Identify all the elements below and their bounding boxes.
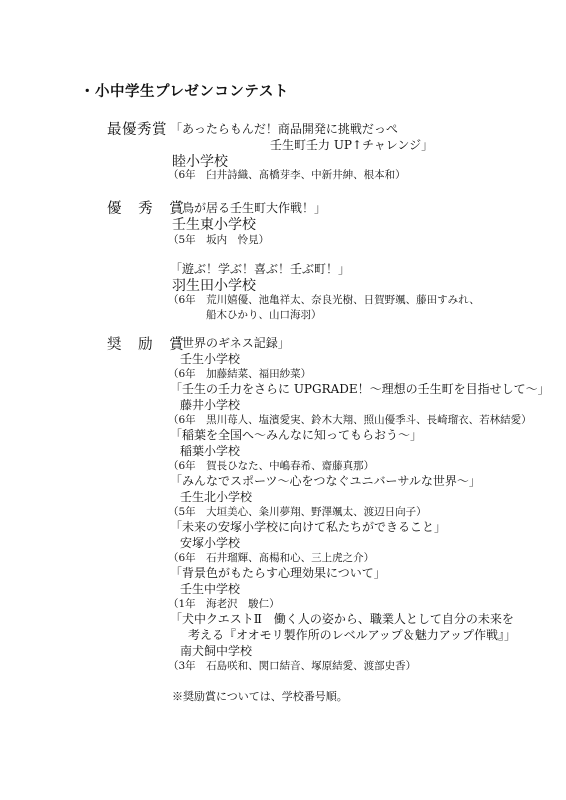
- grand-prize-label: 最優秀賞: [107, 118, 167, 139]
- encouragement-entry-6-title: 「背景色がもたらす心理効果について」: [170, 564, 386, 581]
- encouragement-entry-1-members: （6年 加藤結菜、福田紗菜）: [168, 366, 311, 381]
- encouragement-entry-2-school: 藤井小学校: [180, 396, 240, 413]
- encouragement-entry-5-school: 安塚小学校: [180, 534, 240, 551]
- encouragement-entry-4-school: 壬生北小学校: [180, 488, 252, 505]
- encouragement-entry-4-title: 「みんなでスポーツ～心をつなぐユニバーサルな世界～」: [170, 472, 481, 489]
- encouragement-entry-7-title-line-2: 考える『オオモリ製作所のレベルアップ＆魅力アップ作戦』」: [188, 626, 516, 643]
- encouragement-entry-3-school: 稲葉小学校: [180, 442, 240, 459]
- excellence-entry-1-members: （5年 坂内 怜見）: [168, 232, 269, 247]
- encouragement-entry-5-title: 「未来の安塚小学校に向けて私たちができること」: [170, 518, 446, 535]
- encouragement-entry-4-members: （5年 大垣美心、粂川夢翔、野澤颯太、渡辺日向子）: [168, 504, 427, 519]
- grand-prize-title-line-1: 「あったらもんだ！商品開発に挑戦だっぺ: [170, 120, 398, 137]
- footnote: ※奨励賞については、学校番号順。: [172, 688, 348, 704]
- encouragement-entry-7-members: （3年 石島咲和、関口結音、塚原結愛、渡部史香）: [168, 658, 416, 673]
- encouragement-entry-7-school: 南犬飼中学校: [180, 642, 252, 659]
- encouragement-entry-1-title: 「世界のギネス記録」: [170, 334, 290, 351]
- encouragement-entry-6-members: （1年 海老沢 駿仁）: [168, 596, 280, 611]
- encouragement-entry-5-members: （6年 石井瑠輝、髙楊和心、三上虎之介）: [168, 550, 374, 565]
- excellence-entry-2-members-line-2: 船木ひかり、山口海羽）: [206, 307, 322, 322]
- encouragement-entry-6-school: 壬生中学校: [180, 580, 240, 597]
- section-title: ・小中学生プレゼンコンテスト: [80, 80, 289, 101]
- grand-prize-title-line-2: 壬生町壬力 UP↑チャレンジ」: [270, 136, 433, 153]
- grand-prize-members: （6年 臼井詩織、髙橋芽李、中新井紳、根本和）: [168, 167, 406, 182]
- excellence-entry-2-members-line-1: （6年 荒川嬉優、池亀祥太、奈良光樹、日賀野颯、藤田すみれ、: [168, 292, 480, 307]
- encouragement-entry-3-title: 「稲葉を全国へ～みんなに知ってもらおう～」: [170, 426, 422, 443]
- encouragement-entry-7-title-line-1: 「犬中クエストⅡ 働く人の姿から、職業人として自分の未来を: [170, 610, 514, 627]
- encouragement-entry-2-title: 「壬生の壬力をさらに UPGRADE！～理想の壬生町を目指せして～」: [170, 380, 550, 397]
- encouragement-entry-3-members: （6年 賀長ひなた、中嶋春希、齋藤真那）: [168, 458, 374, 473]
- encouragement-entry-1-school: 壬生小学校: [180, 350, 240, 367]
- excellence-entry-1-school: 壬生東小学校: [172, 214, 256, 234]
- encouragement-entry-2-members: （6年 黒川苺人、塩濱愛実、鈴木大翔、照山優季斗、長崎瑠衣、若林結愛）: [168, 412, 532, 427]
